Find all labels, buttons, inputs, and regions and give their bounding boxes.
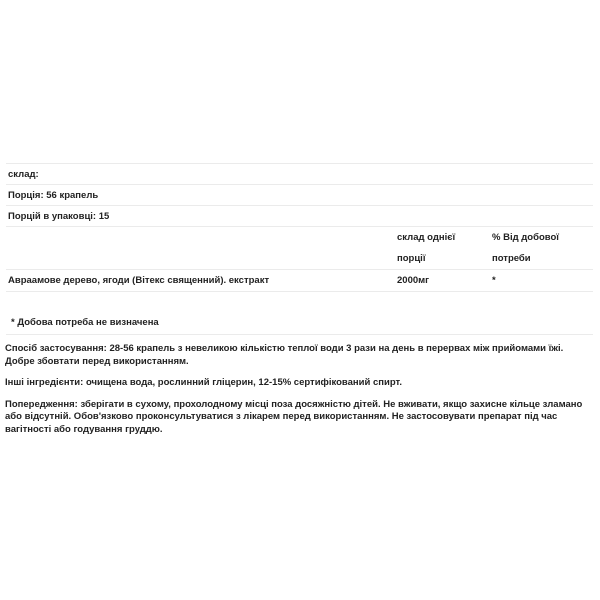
composition-title: склад: <box>8 169 39 180</box>
amount-header-line2: порції <box>397 248 426 269</box>
dv-header-line2: потреби <box>492 248 531 269</box>
dv-header-line1: % Від добової <box>492 227 559 248</box>
other-ingredients-text: Інші інгредієнти: очищена вода, рослинни… <box>5 377 595 390</box>
ingredient-name: Авраамове дерево, ягоди (Вітекс священни… <box>8 270 269 291</box>
footnote: * Добова потреба не визначена <box>11 317 159 329</box>
ingredient-amount: 2000мг <box>397 270 429 291</box>
servings-per-container: Порцій в упаковці: 15 <box>8 211 109 222</box>
table-header: склад однієї порції % Від добової потреб… <box>6 226 593 269</box>
warning-text: Попередження: зберігати в сухому, прохол… <box>5 399 595 437</box>
serving-size: Порція: 56 крапель <box>8 190 98 201</box>
table-row: Авраамове дерево, ягоди (Вітекс священни… <box>6 269 593 291</box>
info-section: Спосіб застосування: 28-56 крапель з нев… <box>6 334 593 436</box>
usage-text: Спосіб застосування: 28-56 крапель з нев… <box>5 343 595 368</box>
supplement-facts: склад: Порція: 56 крапель Порцій в упако… <box>6 163 593 445</box>
amount-header-line1: склад однієї <box>397 227 455 248</box>
composition-title-row: склад: <box>6 163 593 184</box>
servings-per-container-row: Порцій в упаковці: 15 <box>6 205 593 226</box>
footnote-block: * Добова потреба не визначена <box>6 291 593 334</box>
serving-size-row: Порція: 56 крапель <box>6 184 593 205</box>
ingredient-daily-value: * <box>492 270 496 291</box>
